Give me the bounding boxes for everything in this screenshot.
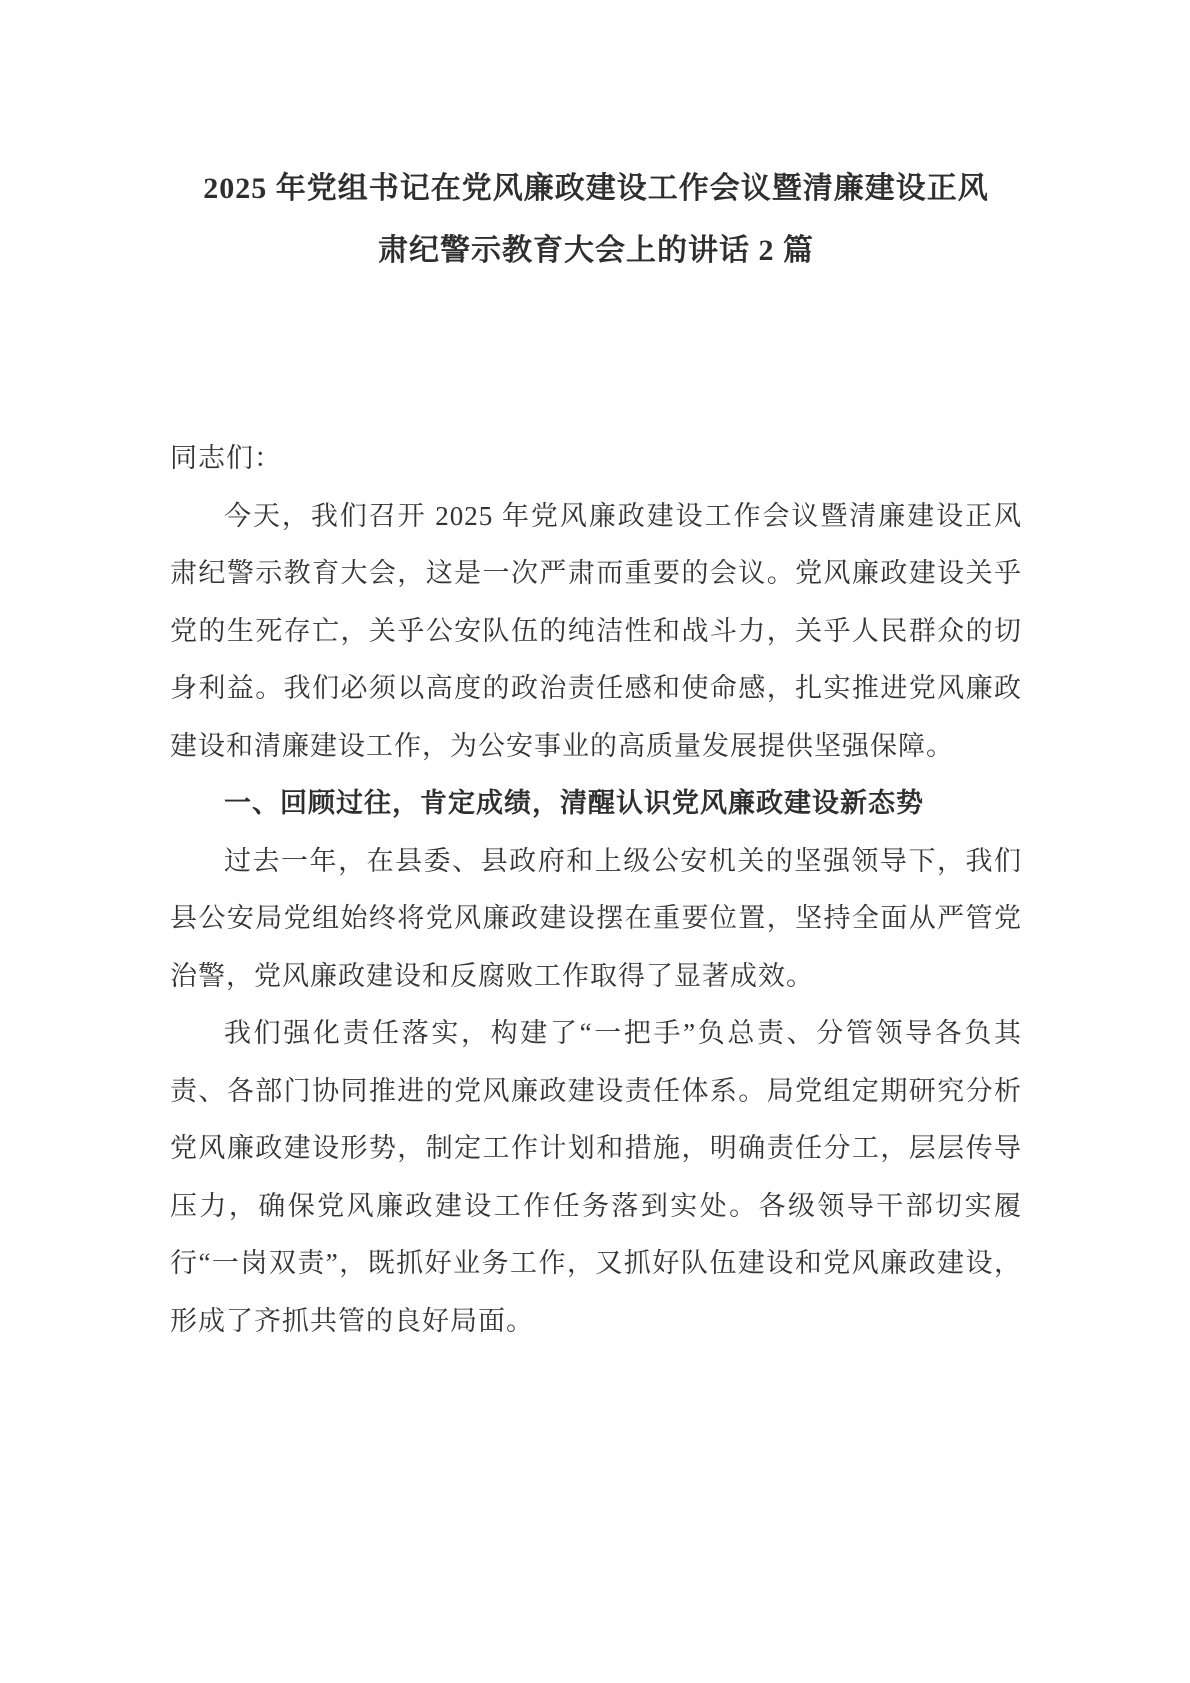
body-paragraph-review: 过去一年，在县委、县政府和上级公安机关的坚强领导下，我们县公安局党组始终将党风廉… (170, 833, 1022, 1006)
body-paragraph-intro: 今天，我们召开 2025 年党风廉政建设工作会议暨清廉建设正风肃纪警示教育大会，… (170, 488, 1022, 776)
document-title: 2025 年党组书记在党风廉政建设工作会议暨清廉建设正风 肃纪警示教育大会上的讲… (170, 158, 1022, 282)
section-heading-1: 一、回顾过往，肯定成绩，清醒认识党风廉政建设新态势 (170, 775, 1022, 833)
document-title-line-2: 肃纪警示教育大会上的讲话 2 篇 (170, 220, 1022, 282)
document-page: 2025 年党组书记在党风廉政建设工作会议暨清廉建设正风 肃纪警示教育大会上的讲… (0, 0, 1190, 1683)
document-body: 同志们： 今天，我们召开 2025 年党风廉政建设工作会议暨清廉建设正风肃纪警示… (170, 430, 1022, 1350)
body-paragraph-responsibility: 我们强化责任落实，构建了“一把手”负总责、分管领导各负其责、各部门协同推进的党风… (170, 1005, 1022, 1350)
salutation-paragraph: 同志们： (170, 430, 1022, 488)
document-title-line-1: 2025 年党组书记在党风廉政建设工作会议暨清廉建设正风 (170, 158, 1022, 220)
